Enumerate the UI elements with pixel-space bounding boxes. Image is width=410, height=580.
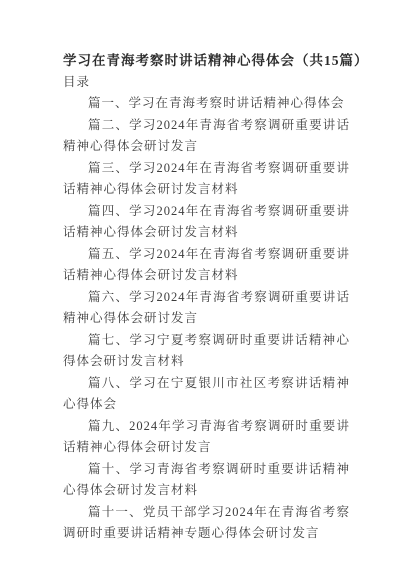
document-title: 学习在青海考察时讲话精神心得体会（共15篇） xyxy=(63,50,350,72)
toc-entry: 篇九、2024年学习青海省考察调研时重要讲话精神心得体会研讨发言 xyxy=(63,416,350,459)
toc-entry: 篇六、学习2024年青海省考察调研重要讲话精神心得体会研讨发言 xyxy=(63,287,350,330)
toc-entry: 篇二、学习2024年青海省考察调研重要讲话精神心得体会研讨发言 xyxy=(63,115,350,158)
toc-entry: 篇四、学习2024年在青海省考察调研重要讲话精神心得体会研讨发言材料 xyxy=(63,201,350,244)
toc-entry: 篇十、学习青海省考察调研时重要讲话精神心得体会研讨发言材料 xyxy=(63,459,350,502)
document-content: 学习在青海考察时讲话精神心得体会（共15篇） 目录 篇一、学习在青海考察时讲话精… xyxy=(63,50,350,545)
toc-heading: 目录 xyxy=(63,72,350,94)
toc-entry: 篇十一、党员干部学习2024年在青海省考察调研时重要讲话精神专题心得体会研讨发言 xyxy=(63,502,350,545)
toc-entry: 篇三、学习2024年在青海省考察调研重要讲话精神心得体会研讨发言材料 xyxy=(63,158,350,201)
toc-entry: 篇一、学习在青海考察时讲话精神心得体会 xyxy=(63,93,350,115)
toc-entry: 篇八、学习在宁夏银川市社区考察讲话精神心得体会 xyxy=(63,373,350,416)
document-page: 学习在青海考察时讲话精神心得体会（共15篇） 目录 篇一、学习在青海考察时讲话精… xyxy=(0,0,410,580)
toc-entry: 篇五、学习2024年在青海省考察调研重要讲话精神心得体会研讨发言材料 xyxy=(63,244,350,287)
toc-entry: 篇七、学习宁夏考察调研时重要讲话精神心得体会研讨发言材料 xyxy=(63,330,350,373)
